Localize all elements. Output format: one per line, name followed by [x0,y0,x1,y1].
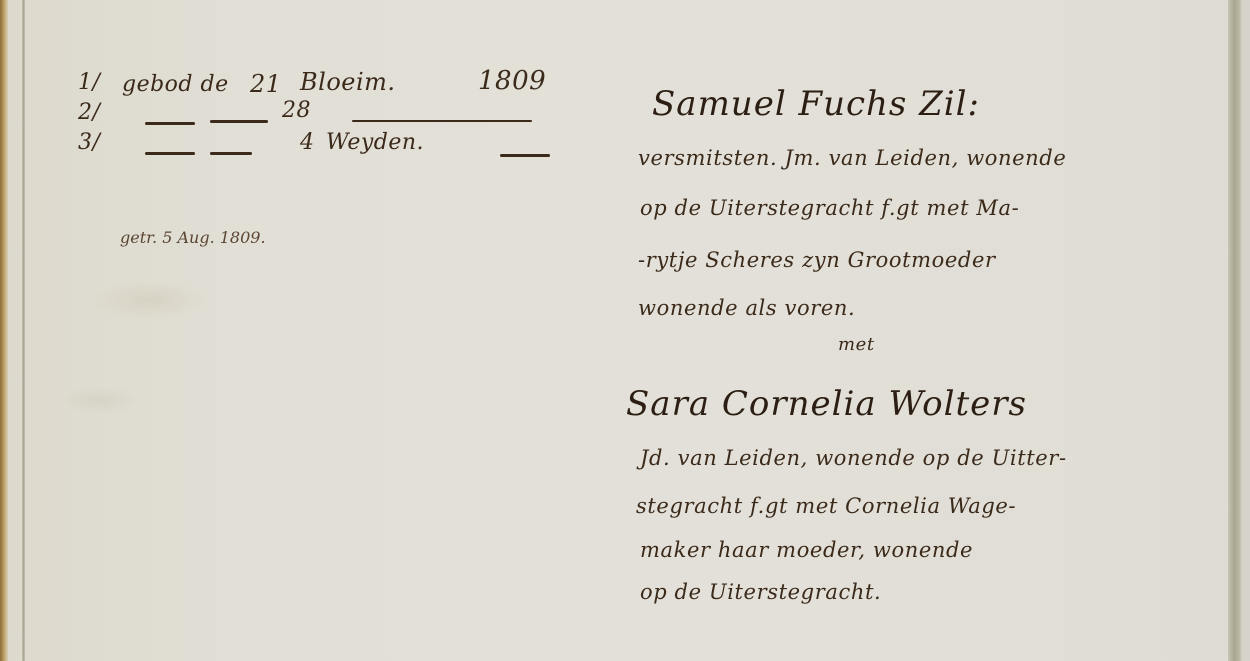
married-date-note: getr. 5 Aug. 1809. [120,228,266,247]
proclamation-day-3: 4 [300,130,315,155]
ditto-dash [210,152,252,155]
page-right-edge [1228,0,1242,661]
binding-edge [0,0,8,661]
next-page-strip [1242,0,1250,661]
ditto-dash [145,122,195,125]
bride-line-1: Jd. van Leiden, wonende op de Uitter- [640,446,1067,470]
groom-line-1: versmitsten. Jm. van Leiden, wonende [638,146,1066,170]
groom-line-3: -rytje Scheres zyn Grootmoeder [638,248,996,272]
proclamation-label-1: gebod de [122,72,229,97]
proclamation-mark-3: 3/ [78,130,100,155]
groom-line-4: wonende als voren. [638,296,855,320]
margin-fold-line [22,0,25,661]
proclamation-day-1: 21 [250,70,282,98]
proclamation-month-3: Weyden. [326,130,424,155]
groom-line-2: op de Uiterstegracht f.gt met Ma- [640,196,1019,220]
proclamation-day-2: 28 [282,98,311,123]
proclamation-mark-1: 1/ [78,70,100,95]
ditto-dash [210,120,268,123]
groom-name: Samuel Fuchs Zil: [652,84,980,124]
proclamation-mark-2: 2/ [78,100,100,125]
ditto-dash [352,120,532,122]
proclamation-year-1: 1809 [478,66,546,96]
bride-line-4: op de Uiterstegracht. [640,580,881,604]
manuscript-page: 1/ gebod de 21 Bloeim. 1809 2/ 28 3/ 4 W… [0,0,1250,661]
bride-line-3: maker haar moeder, wonende [640,538,973,562]
connector-met: met [838,334,875,355]
bride-line-2: stegracht f.gt met Cornelia Wage- [636,494,1016,518]
bride-name: Sara Cornelia Wolters [626,384,1027,424]
proclamation-month-1: Bloeim. [300,68,396,96]
ditto-dash [500,154,550,157]
ditto-dash [145,152,195,155]
